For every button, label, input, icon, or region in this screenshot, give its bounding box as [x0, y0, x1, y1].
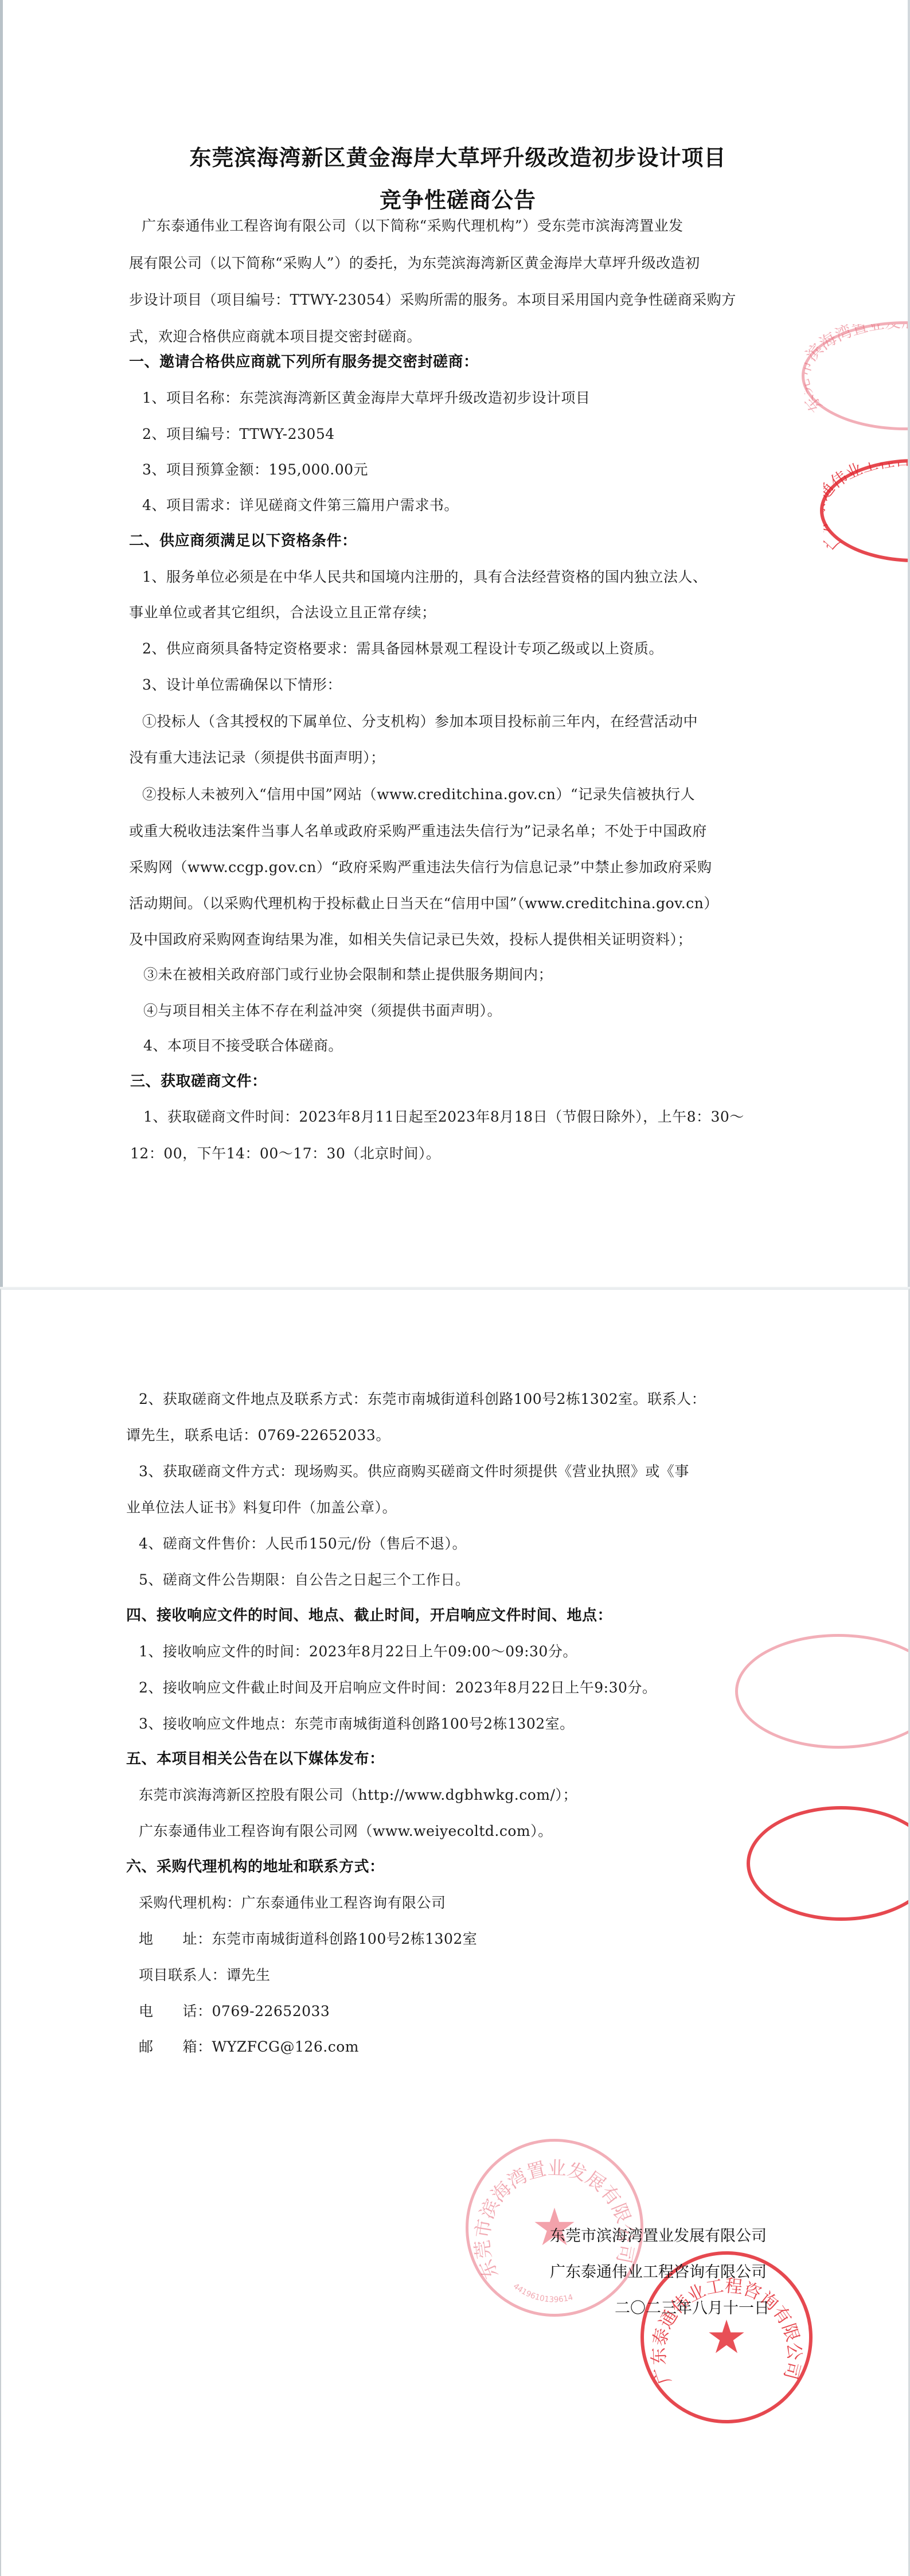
section-heading: 一、邀请合格供应商就下列所有服务提交密封磋商： — [129, 353, 479, 371]
contact-person-row: 项目联系人：谭先生 — [139, 1967, 271, 1984]
contact-email-row: 邮 箱：WYZFCG@126.com — [139, 2038, 359, 2056]
agency-signature: 广东泰通伟业工程咨询有限公司 — [550, 2259, 767, 2282]
list-item-continuation: 业单位法人证书》料复印件（加盖公章）。 — [126, 1499, 397, 1516]
list-item: 1、接收响应文件的时间：2023年8月22日上午09:00～09:30分。 — [139, 1643, 577, 1660]
section-heading: 五、本项目相关公告在以下媒体发布： — [126, 1750, 385, 1768]
contact-value: 0769-22652033 — [212, 2003, 330, 2019]
purchaser-seal-stamp-partial: ★ 东莞市滨海湾置业发展有限公司 — [802, 321, 910, 430]
list-item: 4、项目需求：详见磋商文件第三篇用户需求书。 — [142, 497, 459, 514]
contact-address-row: 地 址：东莞市南城街道科创路100号2栋1302室 — [139, 1931, 477, 1948]
list-item: 3、接收响应文件地点：东莞市南城街道科创路100号2栋1302室。 — [139, 1715, 575, 1733]
contact-label: 电 话： — [139, 2003, 212, 2019]
list-item: 4、磋商文件售价：人民币150元/份（售后不退）。 — [139, 1535, 467, 1552]
svg-text:东莞市滨海湾置业发展有限公司: 东莞市滨海湾置业发展有限公司 — [804, 324, 910, 416]
contact-value: 广东泰通伟业工程咨询有限公司 — [241, 1894, 446, 1911]
document-page-2: 2、获取磋商文件地点及联系方式：东莞市南城街道科创路100号2栋1302室。联系… — [0, 1289, 910, 2576]
document-title: 东莞滨海湾新区黄金海岸大草坪升级改造初步设计项目 — [3, 140, 910, 172]
sub-item: ①投标人（含其授权的下属单位、分支机构）参加本项目投标前三年内，在经营活动中 — [142, 713, 698, 730]
contact-value: 东莞市南城街道科创路100号2栋1302室 — [212, 1931, 478, 1947]
svg-text:广东泰通伟业工程咨询有限公司: 广东泰通伟业工程咨询有限公司 — [823, 462, 910, 554]
agency-seal-stamp-partial: ★ 广东泰通伟业工程咨询有限公司 — [820, 459, 910, 562]
document-page-1: 东莞滨海湾新区黄金海岸大草坪升级改造初步设计项目 竞争性磋商公告 广东泰通伟业工… — [0, 0, 910, 1287]
star-icon: ★ — [706, 2314, 747, 2360]
stamp-text-ring: 广东泰通伟业工程咨询有限公司 — [823, 462, 910, 559]
svg-text:4419610139614: 4419610139614 — [511, 2282, 574, 2305]
sub-item: ④与项目相关主体不存在利益冲突（须提供书面声明）。 — [143, 1002, 502, 1019]
section-heading: 三、获取磋商文件： — [130, 1073, 267, 1090]
contact-phone-row: 电 话：0769-22652033 — [139, 2003, 330, 2020]
sub-item: ③未在被相关政府部门或行业协会限制和禁止提供服务期间内； — [143, 966, 553, 983]
contact-label: 地 址： — [139, 1931, 212, 1947]
media-link-text: 东莞市滨海湾新区控股有限公司（http://www.dgbhwkg.com/）； — [139, 1787, 577, 1804]
section-heading: 四、接收响应文件的时间、地点、截止时间，开启响应文件时间、地点： — [126, 1607, 612, 1624]
list-item: 2、项目编号：TTWY-23054 — [142, 426, 335, 443]
list-item: 3、获取磋商文件方式：现场购买。供应商购买磋商文件时须提供《营业执照》或《事 — [139, 1463, 689, 1480]
list-item: 1、服务单位必须是在中华人民共和国境内注册的，具有合法经营资格的国内独立法人、 — [142, 569, 707, 586]
media-link-text: 广东泰通伟业工程咨询有限公司网（www.weiyecoltd.com）。 — [139, 1823, 553, 1840]
list-item-continuation: 12：00，下午14：00～17：30（北京时间）。 — [130, 1145, 440, 1162]
list-item: 1、项目名称：东莞滨海湾新区黄金海岸大草坪升级改造初步设计项目 — [142, 390, 590, 407]
contact-value: 谭先生 — [226, 1967, 271, 1983]
section-heading: 六、采购代理机构的地址和联系方式： — [126, 1858, 385, 1875]
list-item-continuation: 谭先生，联系电话：0769-22652033。 — [126, 1427, 390, 1444]
contact-label: 采购代理机构： — [139, 1894, 241, 1911]
list-item: 3、项目预算金额：195,000.00元 — [142, 461, 368, 478]
sub-item-continuation: 或重大税收违法案件当事人名单或政府采购严重违法失信行为”记录名单；不处于中国政府 — [129, 823, 707, 840]
sub-item-continuation: 及中国政府采购网查询结果为准，如相关失信记录已失效，投标人提供相关证明资料）； — [129, 931, 692, 948]
stamp-text-ring: 东莞市滨海湾置业发展有限公司 — [804, 324, 910, 427]
list-item-continuation: 事业单位或者其它组织，合法设立且正常存续； — [129, 604, 436, 621]
purchaser-signature: 东莞市滨海湾置业发展有限公司 — [550, 2223, 767, 2246]
agency-seal-stamp-partial — [747, 1806, 910, 1921]
list-item: 4、本项目不接受联合体磋商。 — [143, 1037, 343, 1054]
svg-text:广东泰通伟业工程咨询有限公司: 广东泰通伟业工程咨询有限公司 — [649, 2275, 804, 2387]
signature-date: 二〇二三年八月十一日 — [615, 2295, 770, 2318]
sub-item-continuation: 采购网（www.ccgp.gov.cn）“政府采购严重违法失信行为信息记录”中禁… — [129, 859, 712, 876]
list-item: 2、供应商须具备特定资格要求：需具备园林景观工程设计专项乙级或以上资质。 — [142, 640, 663, 657]
list-item: 5、磋商文件公告期限：自公告之日起三个工作日。 — [139, 1571, 470, 1589]
contact-agency-row: 采购代理机构：广东泰通伟业工程咨询有限公司 — [139, 1894, 446, 1912]
list-item: 3、设计单位需确保以下情形： — [142, 676, 342, 694]
purchaser-seal-stamp-partial — [735, 1634, 910, 1749]
section-heading: 二、供应商须满足以下资格条件： — [129, 532, 357, 550]
document-subtitle: 竞争性磋商公告 — [3, 182, 910, 214]
list-item: 1、获取磋商文件时间：2023年8月11日起至2023年8月18日（节假日除外）… — [143, 1108, 744, 1126]
intro-line: 式，欢迎合格供应商就本项目提交密封磋商。 — [129, 328, 421, 345]
intro-line: 广东泰通伟业工程咨询有限公司（以下简称“采购代理机构”）受东莞市滨海湾置业发 — [142, 217, 684, 235]
contact-label: 邮 箱： — [139, 2038, 212, 2055]
contact-label: 项目联系人： — [139, 1967, 226, 1983]
sub-item-continuation: 活动期间。（以采购代理机构于投标截止日当天在“信用中国”（www.creditc… — [129, 895, 718, 912]
list-item: 2、接收响应文件截止时间及开启响应文件时间：2023年8月22日上午9:30分。 — [139, 1679, 657, 1696]
intro-line: 展有限公司（以下简称“采购人”）的委托，为东莞滨海湾新区黄金海岸大草坪升级改造初 — [129, 255, 700, 272]
intro-line: 步设计项目（项目编号：TTWY-23054）采购所需的服务。本项目采用国内竞争性… — [129, 291, 736, 309]
sub-item-continuation: 没有重大违法记录（须提供书面声明）； — [129, 749, 385, 766]
sub-item: ②投标人未被列入“信用中国”网站（www.creditchina.gov.cn）… — [142, 786, 695, 803]
contact-value: WYZFCG@126.com — [212, 2038, 359, 2055]
list-item: 2、获取磋商文件地点及联系方式：东莞市南城街道科创路100号2栋1302室。联系… — [139, 1391, 706, 1408]
